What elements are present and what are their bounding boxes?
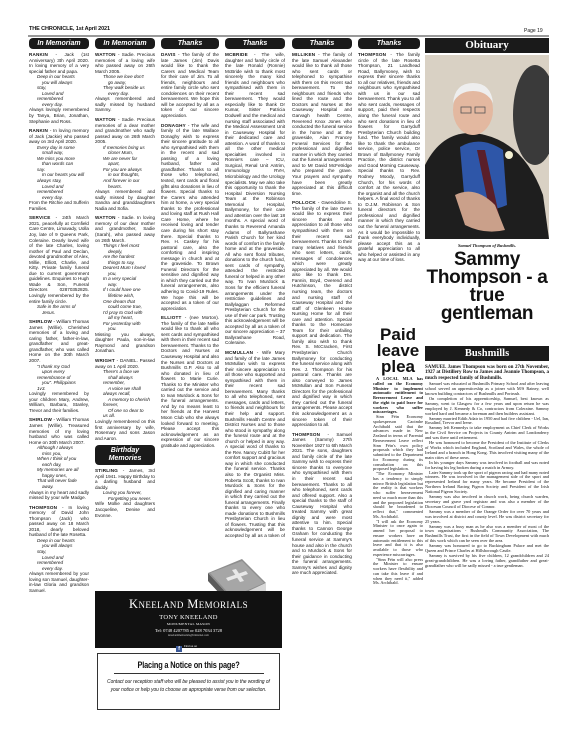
- notice-verse: Deep in our heartsyou will alwaysstay,Lo…: [29, 74, 89, 107]
- notice-text: WATTON - Sadie. Precious memories of a d…: [95, 117, 155, 145]
- notice-text: SERVICE - 24th March 2021, peacefully at…: [29, 215, 89, 304]
- obituary-story: SAMUEL James Thompson was born on 27th N…: [425, 365, 549, 569]
- notice: DONAGHY - The wife and family of the lat…: [161, 123, 219, 312]
- notice-verse: Although I alwaysmiss you,When I think o…: [29, 445, 89, 489]
- column-thanks-1: ThanksDAVIS - The family of the late Jam…: [161, 38, 219, 583]
- notice-surname: DAVIS: [161, 52, 176, 57]
- notice: THOMPSON - The family circle of the late…: [358, 52, 420, 263]
- notice-signoff: Always in my heart and sadly missed by y…: [29, 490, 89, 501]
- notice-verse: Safe in the arms ofJesus.: [29, 304, 89, 315]
- notice-surname: SHIRLOW: [29, 319, 52, 324]
- notice-text: SHIRLOW - William Thomas James (Willie).…: [29, 417, 89, 445]
- notice-surname: RANKIN: [29, 52, 48, 57]
- kneeland-memorials-ad: Kneeland Memorials TONY KNEELAND MONUMEN…: [95, 591, 282, 648]
- ad-email: kneelandmemorials@btinternet.com: [95, 634, 282, 637]
- notice: MILLIKEN - The family of the late Samuel…: [292, 52, 352, 196]
- birthday-memories-heading: Birthday Memories: [95, 445, 155, 465]
- section-heading: In Memoriam: [29, 38, 89, 49]
- notice: DAVIS - The family of the late James (Ji…: [161, 52, 219, 119]
- notice: ELLIOTT - (nee Morton). The family of th…: [161, 315, 219, 448]
- notice: WRIGHT - DANIEL. Passed away on 1 April …: [95, 358, 155, 441]
- notice-body: - (nee Morton). The family of the late N…: [161, 315, 219, 448]
- notice: THOMPSON - Samuel James (Sammy) 27th Nov…: [292, 432, 352, 576]
- notice-surname: WRIGHT: [95, 358, 115, 363]
- notice-signoff: Always remembered and sadly missed by da…: [95, 189, 155, 211]
- notice-surname: WATTON: [95, 117, 116, 122]
- notice: THOMPSON - In loving memory of David Joh…: [29, 505, 89, 594]
- notice-surname: STIRLING: [95, 468, 118, 473]
- notice-body: - The family circle of the late Rosetta …: [358, 52, 420, 262]
- section-heading: In Memoriam: [95, 38, 155, 49]
- notice: MCBRIDE - The wife, daughter and family …: [225, 52, 285, 346]
- notice-surname: MCBRIDE: [225, 52, 248, 57]
- notice-text: MILLIKEN - The family of the late Samuel…: [292, 52, 352, 196]
- obituary-para: Sammy was a busy man as he also was a me…: [425, 525, 549, 545]
- photo-caption: Samuel Thompson of Bushmills.: [425, 243, 549, 248]
- notice-text: THOMPSON - The family circle of the late…: [358, 52, 420, 263]
- notice-body: - The wife, daughter and family circle o…: [225, 52, 285, 345]
- notice-text: MCMULLAN - Wife Mary and family of the l…: [225, 350, 285, 538]
- notice-body: - The family of the late James (Jim) Dav…: [161, 52, 219, 118]
- placing-notice-divider: [114, 673, 264, 674]
- obituary-para: Later Sammy took up the sport of pigeon …: [425, 471, 549, 496]
- notice-text: WATTON - Sadie. Precious memories of a l…: [95, 52, 155, 74]
- obituary-headline: Sammy Thompson - a true gentleman: [425, 251, 549, 323]
- obituary-para: Sammy was a member of the Orange Order f…: [425, 510, 549, 525]
- page-number: Page 19: [524, 28, 543, 34]
- notice-signoff: Always remembered by your loving son Sam…: [29, 571, 89, 593]
- notice-text: SHIRLOW - William Thomas James (Willie).…: [29, 319, 89, 363]
- facebook-icon: f: [176, 646, 182, 652]
- notice-surname: THOMPSON: [292, 432, 320, 437]
- obituary-para: Sammy was also involved in church work, …: [425, 495, 549, 510]
- obituary-para: Sammy left Kennedys to take employment a…: [425, 426, 549, 441]
- placing-notice-heading: Placing a Notice on this page?: [114, 660, 262, 670]
- notice-text: WRIGHT - DANIEL. Passed away on 1 April …: [95, 358, 155, 369]
- notice: MCMULLAN - Wife Mary and family of the l…: [225, 350, 285, 538]
- notice: SERVICE - 24th March 2021, peacefully at…: [29, 215, 89, 315]
- notice-verse: Deep in our heartsyou will alwaysstay,Lo…: [29, 538, 89, 571]
- notice-signoff: Lovingly remembered on this first annive…: [95, 419, 155, 441]
- notice-surname: POLLOCK: [292, 200, 316, 205]
- notice-surname: WATTON: [95, 52, 116, 57]
- notice-text: THOMPSON - In loving memory of David Joh…: [29, 505, 89, 538]
- paid-leave-headline: Paid leave plea: [373, 327, 423, 375]
- notice-surname: WATTON: [95, 215, 116, 220]
- notice-signoff: Always remembered and sadly missed by hu…: [95, 96, 155, 113]
- notice-body: - The family of the late Samuel Alexande…: [292, 52, 352, 196]
- notice-body: - Wife Mary and family of the late James…: [225, 350, 285, 538]
- notice-text: THOMPSON - Samuel James (Sammy) 27th Nov…: [292, 432, 352, 576]
- page-header-publication: THE CHRONICLE, 1st April 2021: [29, 26, 262, 32]
- notice: WATTON - Sadie. In loving memory of our …: [95, 215, 155, 354]
- obituary-para: Sammy is survived by his five children, …: [425, 554, 549, 569]
- notice-signoff: Missing you always, daughter Paula, son-…: [95, 332, 155, 354]
- notice-text: WATTON - Sadie. In loving memory of our …: [95, 215, 155, 243]
- column-thanks-4: ThanksTHOMPSON - The family circle of th…: [358, 38, 420, 320]
- notice-signoff: From the Ritchie and Sufferin Families.: [29, 200, 89, 211]
- notice-verse: Every day in somesmall way,We miss you m…: [29, 145, 89, 200]
- column-thanks-3: ThanksMILLIKEN - The family of the late …: [292, 38, 352, 718]
- notice-verse: If memories bring uscloser Mum,We are ne…: [95, 145, 155, 189]
- ad-proprietor: TONY KNEELAND: [95, 614, 282, 621]
- notice-body: - 24th March 2021, peacefully at Cornfie…: [29, 215, 89, 303]
- paid-leave-para: Sinn Féin Economy spokesperson Caoimhe A…: [373, 415, 423, 472]
- ad-business-name: Kneeland Memorials: [95, 597, 282, 612]
- notice: STIRLING - James, 3rd April 1941. Happy …: [95, 468, 155, 518]
- location-heading: Bushmills: [425, 346, 549, 361]
- paid-leave-story: A LOCAL MLA has called on the Economy Mi…: [373, 377, 423, 586]
- notice: WATTON - Sadie. Precious memories of a l…: [95, 52, 155, 113]
- ad-trade: MONUMENTAL MASON: [95, 622, 282, 626]
- notice-body: - In loving memory of David John Thompso…: [29, 505, 89, 538]
- section-heading: Thanks: [358, 38, 420, 49]
- notice-body: - Samuel James (Sammy) 27th November 192…: [292, 432, 352, 576]
- notice: SHIRLOW - William Thomas James (Willie).…: [29, 417, 89, 500]
- notice-surname: MILLIKEN: [292, 52, 315, 57]
- notice: WATTON - Sadie. Precious memories of a d…: [95, 117, 155, 211]
- notice-verse: "I thank my Godupon everyremembrance ofy…: [29, 364, 89, 392]
- notice-surname: THOMPSON: [29, 505, 57, 510]
- obituary-photo: [425, 55, 549, 239]
- notice-text: POLLOCK - Gwendoline S. The family of th…: [292, 200, 352, 427]
- notice-verse: Things I feel mostdeeply,Are the hardest…: [95, 243, 155, 332]
- notice-verse: There's a face weshall alwaysremember,A …: [95, 369, 155, 419]
- section-heading: Thanks: [292, 38, 352, 49]
- notice-surname: MCMULLAN: [225, 350, 253, 355]
- notice-surname: DONAGHY: [161, 123, 186, 128]
- facebook-link[interactable]: f Find us on Facebook: [176, 645, 201, 653]
- notice-surname: SERVICE: [29, 215, 50, 220]
- notice-text: DONAGHY - The wife and family of the lat…: [161, 123, 219, 312]
- notice-text: DAVIS - The family of the late James (Ji…: [161, 52, 219, 119]
- placing-notice-body: Contact our reception staff who will be …: [107, 678, 270, 694]
- paid-leave-para: "I will ask the Economy Minister to once…: [373, 520, 423, 558]
- notice: RANKIN - Jack (1st Anniversary) 3th Apri…: [29, 52, 89, 124]
- notice-text: MCBRIDE - The wife, daughter and family …: [225, 52, 285, 346]
- obituary-para: He was honoured to become the President …: [425, 441, 549, 461]
- column-in-memoriam-2: In MemoriamWATTON - Sadie. Precious memo…: [95, 38, 155, 583]
- notice-signoff: Always lovingly remembered by Tanya, Bri…: [29, 107, 89, 124]
- column-thanks-2: ThanksMCBRIDE - The wife, daughter and f…: [225, 38, 285, 538]
- notice-body: - William Thomas James (Willie). Cherish…: [29, 319, 89, 363]
- notice-verse: Loving you forever,Forgetting you never.: [95, 490, 155, 501]
- obituary-para: On completion of his apprenticeship, Sam…: [425, 397, 549, 417]
- notice: SHIRLOW - William Thomas James (Willie).…: [29, 319, 89, 413]
- obituary-para: Samuel was educated at Bushmills Primary…: [425, 382, 549, 397]
- notice: POLLOCK - Gwendoline S. The family of th…: [292, 200, 352, 427]
- notice-surname: SHIRLOW: [29, 417, 52, 422]
- notice-surname: THOMPSON: [358, 52, 386, 57]
- verse-line: Jesus.: [37, 310, 89, 316]
- obituary-lead: SAMUEL James Thompson was born on 27th N…: [425, 365, 549, 381]
- paid-leave-para: "The Economy Minister has a tendency to …: [373, 472, 423, 520]
- notice-text: RANKIN - In loving memory of Jack (Jacki…: [29, 128, 89, 145]
- notice-verse: Those we love don'tgo away,They walk bes…: [95, 74, 155, 96]
- section-heading: Thanks: [225, 38, 285, 49]
- notice-text: ELLIOTT - (nee Morton). The family of th…: [161, 315, 219, 448]
- header-rule: [28, 35, 549, 37]
- notice-text: RANKIN - Jack (1st Anniversary) 3th Apri…: [29, 52, 89, 74]
- obituary-heading: Obituary: [425, 38, 549, 53]
- ad-phone: Tel: 0748 4207785 or 028 7034 3728: [95, 628, 282, 633]
- notice-body: - The wife and family of the late Wallac…: [161, 123, 219, 311]
- notice-signoff: Lovingly remembered by your children Mar…: [29, 391, 89, 413]
- column-in-memoriam-1: In MemoriamRANKIN - Jack (1st Anniversar…: [29, 38, 89, 718]
- paid-leave-lead: A LOCAL MLA has called on the Economy Mi…: [373, 377, 423, 415]
- notice-surname: ELLIOTT: [161, 315, 182, 320]
- notice-body: - Gwendoline S. The family of the late G…: [292, 200, 352, 427]
- placing-notice-ad: Placing a Notice on this page? Contact o…: [97, 653, 280, 710]
- notice-text: STIRLING - James, 3rd April 1941. Happy …: [95, 468, 155, 490]
- section-heading: Thanks: [161, 38, 219, 49]
- notice-surname: RANKIN: [29, 128, 48, 133]
- paid-leave-para: "Sinn Féin will also press the Minister …: [373, 558, 423, 587]
- notice: RANKIN - In loving memory of Jack (Jacki…: [29, 128, 89, 211]
- notice-signoff: Wife Mollie and daughters Jacqueline, De…: [95, 501, 155, 518]
